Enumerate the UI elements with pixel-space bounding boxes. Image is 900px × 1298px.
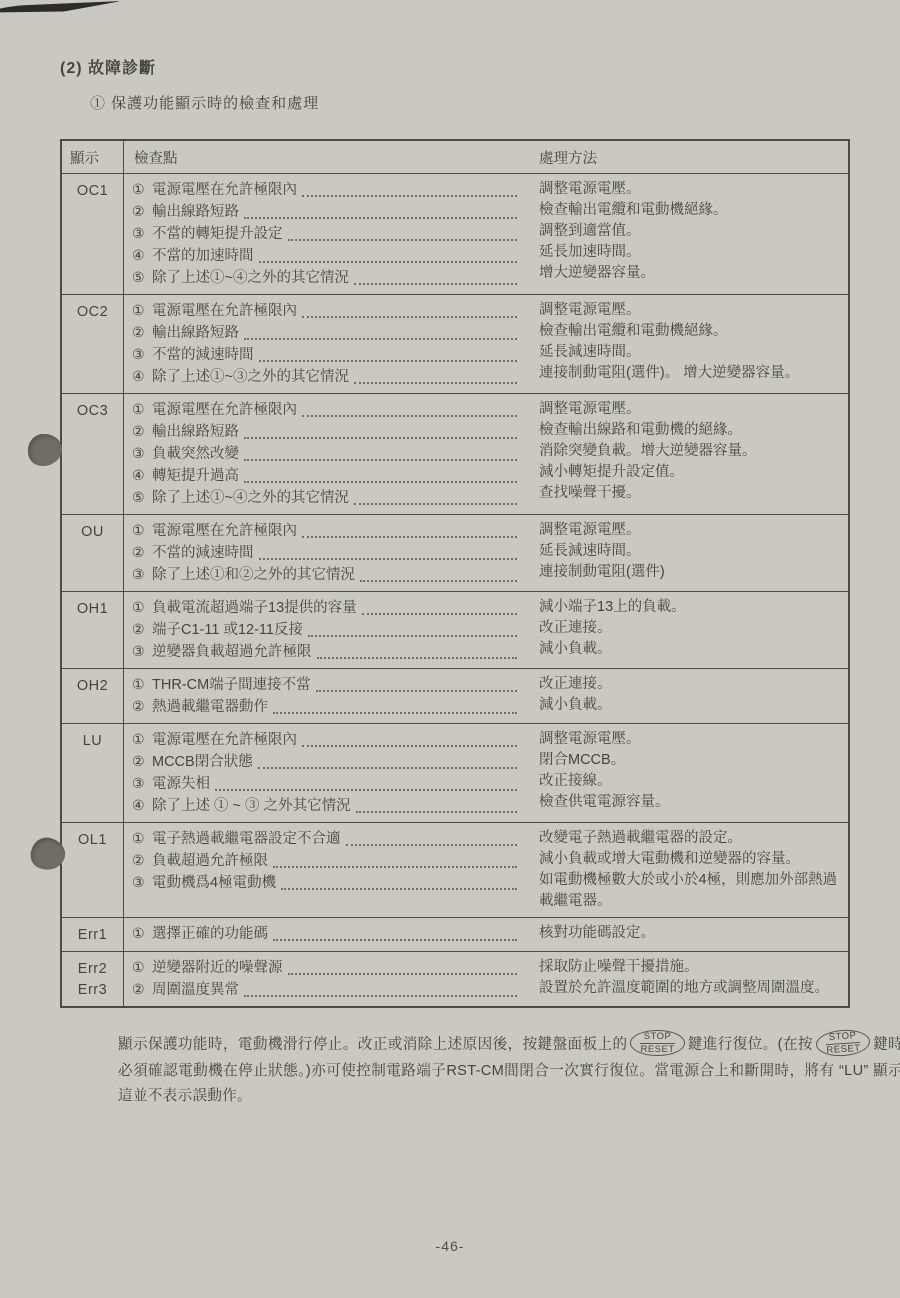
check-item: ②負載超過允許極限: [132, 850, 519, 872]
check-point-cell: ①電源電壓在允許極限內②不當的減速時間③除了上述①和②之外的其它情況: [124, 515, 529, 591]
table-row: Err1 ①選擇正確的功能碼 核對功能碼設定。: [62, 918, 848, 952]
check-item: ③不當的減速時間: [132, 344, 519, 366]
check-item: ②不當的減速時間: [132, 542, 519, 564]
display-code: OL1: [66, 830, 119, 851]
stop-reset-key-icon: STOPRESET: [815, 1028, 871, 1058]
action-text: 調整電源電壓。: [539, 520, 842, 541]
display-code: OC3: [66, 401, 119, 422]
check-item-number: ①: [132, 729, 152, 750]
footnote-text-1: 顯示保護功能時，電動機滑行停止。改正或消除上述原因後，按鍵盤面板上的: [118, 1036, 627, 1052]
table-body: OC1 ①電源電壓在允許極限內②輸出線路短路③不當的轉矩提升設定④不當的加速時間…: [62, 174, 848, 1006]
display-code: OC1: [66, 181, 119, 202]
action-text: 減小轉矩提升設定值。: [539, 462, 842, 483]
check-item-number: ①: [132, 300, 152, 321]
dotted-leader: [288, 239, 518, 241]
display-code: LU: [66, 731, 119, 752]
check-item-text: THR-CM端子間連接不當: [152, 675, 311, 696]
check-item: ②輸出線路短路: [132, 421, 519, 443]
check-item: ①逆變器附近的噪聲源: [132, 957, 519, 979]
footnote-text-2: 鍵進行復位。(在按: [688, 1036, 813, 1052]
action-text: 閉合MCCB。: [539, 750, 842, 771]
section-subtitle: ① 保護功能顯示時的檢查和處理: [90, 92, 845, 113]
display-code-cell: OU: [62, 515, 124, 591]
check-item-text: 電動機爲4極電動機: [152, 873, 276, 894]
check-item-text: 輸出線路短路: [152, 202, 239, 223]
check-item-number: ③: [132, 641, 152, 662]
table-row: OL1 ①電子熱過載繼電器設定不合適②負載超過允許極限③電動機爲4極電動機 改變…: [62, 823, 848, 918]
document-page: (2) 故障診斷 ① 保護功能顯示時的檢查和處理 顯示 檢查點 處理方法 OC1…: [0, 0, 900, 1109]
check-item-number: ⑤: [132, 487, 152, 508]
action-text: 減小端子13上的負載。: [539, 597, 842, 618]
check-item-number: ①: [132, 828, 152, 849]
check-item-text: 輸出線路短路: [152, 323, 239, 344]
check-item-number: ①: [132, 399, 152, 420]
action-text: 調整電源電壓。: [539, 300, 842, 321]
display-code-cell: OC2: [62, 295, 124, 393]
check-item-text: 電源電壓在允許極限內: [152, 521, 297, 542]
check-item-text: 電源電壓在允許極限內: [152, 400, 297, 421]
action-text: 設置於允許溫度範圍的地方或調整周圍溫度。: [539, 978, 842, 999]
check-item: ③電動機爲4極電動機: [132, 872, 519, 894]
check-item: ①電源電壓在允許極限內: [132, 520, 519, 542]
check-item-text: 除了上述①和②之外的其它情況: [152, 565, 355, 586]
stop-reset-key-bottom-label: RESET: [826, 1042, 861, 1056]
check-item: ①電源電壓在允許極限內: [132, 729, 519, 751]
check-point-cell: ①電源電壓在允許極限內②輸出線路短路③負載突然改變④轉矩提升過高⑤除了上述①~④…: [124, 394, 529, 514]
check-item-text: 不當的加速時間: [152, 246, 254, 267]
action-cell: 調整電源電壓。閉合MCCB。改正接線。檢查供電電源容量。: [529, 724, 848, 822]
check-item-number: ②: [132, 421, 152, 442]
table-row: OU ①電源電壓在允許極限內②不當的減速時間③除了上述①和②之外的其它情況 調整…: [62, 515, 848, 592]
display-code: OH2: [66, 676, 119, 697]
page-number: -46-: [0, 1238, 900, 1254]
action-text: 消除突變負載。增大逆變器容量。: [539, 441, 842, 462]
check-item-number: ②: [132, 979, 152, 1000]
check-item: ④轉矩提升過高: [132, 465, 519, 487]
display-code: Err3: [66, 980, 119, 1001]
table-header-row: 顯示 檢查點 處理方法: [62, 141, 848, 174]
action-text: 改正連接。: [539, 618, 842, 639]
action-text: 減小負載。: [539, 639, 842, 660]
check-point-cell: ①THR-CM端子間連接不當②熱過載繼電器動作: [124, 669, 529, 723]
action-text: 調整電源電壓。: [539, 179, 842, 200]
check-item-text: 除了上述①~④之外的其它情況: [152, 268, 349, 289]
check-item: ④不當的加速時間: [132, 245, 519, 267]
table-row: OC3 ①電源電壓在允許極限內②輸出線路短路③負載突然改變④轉矩提升過高⑤除了上…: [62, 394, 848, 515]
action-text: 調整電源電壓。: [539, 729, 842, 750]
dotted-leader: [360, 580, 517, 582]
header-check-point: 檢查點: [124, 141, 529, 173]
check-item-text: 電源失相: [152, 774, 210, 795]
action-cell: 調整電源電壓。檢查輸出電纜和電動機絕緣。調整到適當值。延長加速時間。增大逆變器容…: [529, 174, 848, 294]
display-code-cell: OH2: [62, 669, 124, 723]
check-item-number: ②: [132, 201, 152, 222]
action-cell: 減小端子13上的負載。改正連接。減小負載。: [529, 592, 848, 668]
check-item-text: 端子C1-11 或12-11反接: [152, 620, 303, 641]
display-code-cell: OH1: [62, 592, 124, 668]
check-item: ②輸出線路短路: [132, 201, 519, 223]
check-item: ④除了上述 ① ~ ③ 之外其它情況: [132, 795, 519, 817]
check-item: ②周圍溫度異常: [132, 979, 519, 1001]
dotted-leader: [302, 745, 517, 747]
check-item-number: ①: [132, 957, 152, 978]
action-text: 檢查供電電源容量。: [539, 792, 842, 813]
action-text: 增大逆變器容量。: [539, 263, 842, 284]
dotted-leader: [273, 866, 517, 868]
dotted-leader: [288, 973, 518, 975]
check-item: ③電源失相: [132, 773, 519, 795]
check-item: ①電源電壓在允許極限內: [132, 300, 519, 322]
check-item-text: 不當的轉矩提升設定: [152, 224, 283, 245]
check-item: ⑤除了上述①~④之外的其它情況: [132, 267, 519, 289]
dotted-leader: [244, 481, 517, 483]
check-item-text: MCCB閉合狀態: [152, 752, 253, 773]
check-item-text: 選擇正確的功能碼: [152, 924, 268, 945]
dotted-leader: [244, 437, 517, 439]
display-code-cell: OC1: [62, 174, 124, 294]
action-text: 連接制動電阻(選件)。 增大逆變器容量。: [539, 363, 842, 384]
check-point-cell: ①選擇正確的功能碼: [124, 918, 529, 951]
action-text: 檢查輸出線路和電動機的絕緣。: [539, 420, 842, 441]
check-item: ②輸出線路短路: [132, 322, 519, 344]
check-item-number: ①: [132, 923, 152, 944]
check-item-text: 除了上述 ① ~ ③ 之外其它情況: [152, 796, 351, 817]
section-title: (2) 故障診斷: [60, 55, 845, 78]
dotted-leader: [244, 459, 517, 461]
dotted-leader: [302, 415, 517, 417]
check-item-text: 負載突然改變: [152, 444, 239, 465]
check-item-text: 負載電流超過端子13提供的容量: [152, 598, 357, 619]
stop-reset-key-top-label: STOP: [640, 1031, 674, 1044]
action-text: 核對功能碼設定。: [539, 923, 842, 944]
header-action: 處理方法: [529, 141, 848, 173]
check-item-number: ③: [132, 443, 152, 464]
check-item: ②熱過載繼電器動作: [132, 696, 519, 718]
check-item-number: ②: [132, 322, 152, 343]
check-item-number: ①: [132, 520, 152, 541]
action-text: 減小負載或增大電動機和逆變器的容量。: [539, 849, 842, 870]
check-item: ①電源電壓在允許極限內: [132, 399, 519, 421]
check-item-text: 除了上述①~③之外的其它情況: [152, 367, 349, 388]
check-item-number: ②: [132, 542, 152, 563]
check-item-number: ①: [132, 597, 152, 618]
check-item-number: ②: [132, 850, 152, 871]
check-item-text: 轉矩提升過高: [152, 466, 239, 487]
check-item-text: 除了上述①~④之外的其它情況: [152, 488, 349, 509]
dotted-leader: [316, 690, 517, 692]
check-item: ③負載突然改變: [132, 443, 519, 465]
check-item-text: 輸出線路短路: [152, 422, 239, 443]
table-row: OH2 ①THR-CM端子間連接不當②熱過載繼電器動作 改正連接。減小負載。: [62, 669, 848, 724]
stop-reset-key-bottom-label: RESET: [640, 1044, 674, 1056]
check-item-number: ③: [132, 564, 152, 585]
action-text: 改變電子熱過載繼電器的設定。: [539, 828, 842, 849]
dotted-leader: [244, 217, 517, 219]
display-code-cell: LU: [62, 724, 124, 822]
check-item: ①電源電壓在允許極限內: [132, 179, 519, 201]
check-item-text: 負載超過允許極限: [152, 851, 268, 872]
check-item-text: 電源電壓在允許極限內: [152, 301, 297, 322]
dotted-leader: [356, 811, 517, 813]
dotted-leader: [308, 635, 517, 637]
check-item-number: ④: [132, 366, 152, 387]
check-item-text: 不當的減速時間: [152, 345, 254, 366]
dotted-leader: [302, 195, 517, 197]
header-display: 顯示: [62, 141, 124, 173]
table-row: OC1 ①電源電壓在允許極限內②輸出線路短路③不當的轉矩提升設定④不當的加速時間…: [62, 174, 848, 295]
check-item: ①選擇正確的功能碼: [132, 923, 519, 945]
check-item: ②MCCB閉合狀態: [132, 751, 519, 773]
dotted-leader: [354, 283, 517, 285]
dotted-leader: [281, 888, 517, 890]
check-item-number: ⑤: [132, 267, 152, 288]
check-item-text: 熱過載繼電器動作: [152, 697, 268, 718]
check-item-number: ②: [132, 696, 152, 717]
table-row: LU ①電源電壓在允許極限內②MCCB閉合狀態③電源失相④除了上述 ① ~ ③ …: [62, 724, 848, 823]
check-item: ⑤除了上述①~④之外的其它情況: [132, 487, 519, 509]
action-cell: 調整電源電壓。檢查輸出電纜和電動機絕緣。延長減速時間。連接制動電阻(選件)。 增…: [529, 295, 848, 393]
action-cell: 改正連接。減小負載。: [529, 669, 848, 723]
check-item: ③除了上述①和②之外的其它情況: [132, 564, 519, 586]
check-item-text: 逆變器負載超過允許極限: [152, 642, 312, 663]
check-item-text: 逆變器附近的噪聲源: [152, 958, 283, 979]
check-item: ①負載電流超過端子13提供的容量: [132, 597, 519, 619]
table-row: OC2 ①電源電壓在允許極限內②輸出線路短路③不當的減速時間④除了上述①~③之外…: [62, 295, 848, 394]
check-item-number: ③: [132, 773, 152, 794]
check-point-cell: ①電源電壓在允許極限內②輸出線路短路③不當的轉矩提升設定④不當的加速時間⑤除了上…: [124, 174, 529, 294]
display-code-cell: OC3: [62, 394, 124, 514]
check-item: ①THR-CM端子間連接不當: [132, 674, 519, 696]
check-item-number: ④: [132, 795, 152, 816]
action-cell: 調整電源電壓。延長減速時間。連接制動電阻(選件): [529, 515, 848, 591]
check-point-cell: ①負載電流超過端子13提供的容量②端子C1-11 或12-11反接③逆變器負載超…: [124, 592, 529, 668]
action-cell: 調整電源電壓。檢查輸出線路和電動機的絕緣。消除突變負載。增大逆變器容量。減小轉矩…: [529, 394, 848, 514]
action-text: 檢查輸出電纜和電動機絕緣。: [539, 321, 842, 342]
dotted-leader: [354, 503, 517, 505]
check-item: ③不當的轉矩提升設定: [132, 223, 519, 245]
table-row: OH1 ①負載電流超過端子13提供的容量②端子C1-11 或12-11反接③逆變…: [62, 592, 848, 669]
dotted-leader: [317, 657, 518, 659]
action-text: 延長減速時間。: [539, 541, 842, 562]
action-text: 調整到適當值。: [539, 221, 842, 242]
check-item-number: ④: [132, 245, 152, 266]
dotted-leader: [259, 558, 518, 560]
action-text: 連接制動電阻(選件): [539, 562, 842, 583]
check-item-number: ③: [132, 223, 152, 244]
dotted-leader: [302, 316, 517, 318]
display-code-cell: OL1: [62, 823, 124, 917]
action-text: 減小負載。: [539, 695, 842, 716]
display-code: OU: [66, 522, 119, 543]
action-text: 改正接線。: [539, 771, 842, 792]
display-code-cell: Err2Err3: [62, 952, 124, 1006]
action-text: 延長加速時間。: [539, 242, 842, 263]
check-item-number: ③: [132, 872, 152, 893]
check-item: ③逆變器負載超過允許極限: [132, 641, 519, 663]
display-code: Err1: [66, 925, 119, 946]
display-code: OC2: [66, 302, 119, 323]
check-item-number: ④: [132, 465, 152, 486]
dotted-leader: [273, 712, 517, 714]
display-code: OH1: [66, 599, 119, 620]
check-item-text: 不當的減速時間: [152, 543, 254, 564]
check-item: ④除了上述①~③之外的其它情況: [132, 366, 519, 388]
action-cell: 核對功能碼設定。: [529, 918, 848, 951]
dotted-leader: [259, 360, 518, 362]
table-row: Err2Err3 ①逆變器附近的噪聲源②周圍溫度異常 採取防止噪聲干擾措施。設置…: [62, 952, 848, 1006]
check-item-text: 電子熱過載繼電器設定不合適: [152, 829, 341, 850]
check-point-cell: ①電子熱過載繼電器設定不合適②負載超過允許極限③電動機爲4極電動機: [124, 823, 529, 917]
display-code: Err2: [66, 959, 119, 980]
dotted-leader: [244, 338, 517, 340]
check-item-text: 電源電壓在允許極限內: [152, 730, 297, 751]
action-text: 改正連接。: [539, 674, 842, 695]
check-item: ①電子熱過載繼電器設定不合適: [132, 828, 519, 850]
check-item-number: ②: [132, 619, 152, 640]
fault-diagnosis-table: 顯示 檢查點 處理方法 OC1 ①電源電壓在允許極限內②輸出線路短路③不當的轉矩…: [60, 139, 850, 1008]
dotted-leader: [346, 844, 518, 846]
action-cell: 採取防止噪聲干擾措施。設置於允許溫度範圍的地方或調整周圍溫度。: [529, 952, 848, 1006]
check-item-number: ①: [132, 674, 152, 695]
check-item-number: ①: [132, 179, 152, 200]
check-item-number: ②: [132, 751, 152, 772]
action-cell: 改變電子熱過載繼電器的設定。減小負載或增大電動機和逆變器的容量。如電動機極數大於…: [529, 823, 848, 917]
dotted-leader: [215, 789, 517, 791]
check-point-cell: ①電源電壓在允許極限內②輸出線路短路③不當的減速時間④除了上述①~③之外的其它情…: [124, 295, 529, 393]
stop-reset-key-icon: STOPRESET: [630, 1030, 684, 1056]
dotted-leader: [258, 767, 517, 769]
check-point-cell: ①電源電壓在允許極限內②MCCB閉合狀態③電源失相④除了上述 ① ~ ③ 之外其…: [124, 724, 529, 822]
action-text: 採取防止噪聲干擾措施。: [539, 957, 842, 978]
check-item-number: ③: [132, 344, 152, 365]
dotted-leader: [259, 261, 518, 263]
action-text: 調整電源電壓。: [539, 399, 842, 420]
dotted-leader: [302, 536, 517, 538]
action-text: 查找噪聲干擾。: [539, 483, 842, 504]
dotted-leader: [354, 382, 517, 384]
footnote-paragraph: 顯示保護功能時，電動機滑行停止。改正或消除上述原因後，按鍵盤面板上的STOPRE…: [118, 1030, 900, 1109]
check-point-cell: ①逆變器附近的噪聲源②周圍溫度異常: [124, 952, 529, 1006]
display-code-cell: Err1: [62, 918, 124, 951]
dotted-leader: [244, 995, 517, 997]
check-item-text: 電源電壓在允許極限內: [152, 180, 297, 201]
check-item: ②端子C1-11 或12-11反接: [132, 619, 519, 641]
action-text: 檢查輸出電纜和電動機絕緣。: [539, 200, 842, 221]
dotted-leader: [273, 939, 517, 941]
dotted-leader: [362, 613, 517, 615]
action-text: 延長減速時間。: [539, 342, 842, 363]
check-item-text: 周圍溫度異常: [152, 980, 239, 1001]
action-text: 如電動機極數大於或小於4極，則應加外部熱過載繼電器。: [539, 870, 842, 912]
